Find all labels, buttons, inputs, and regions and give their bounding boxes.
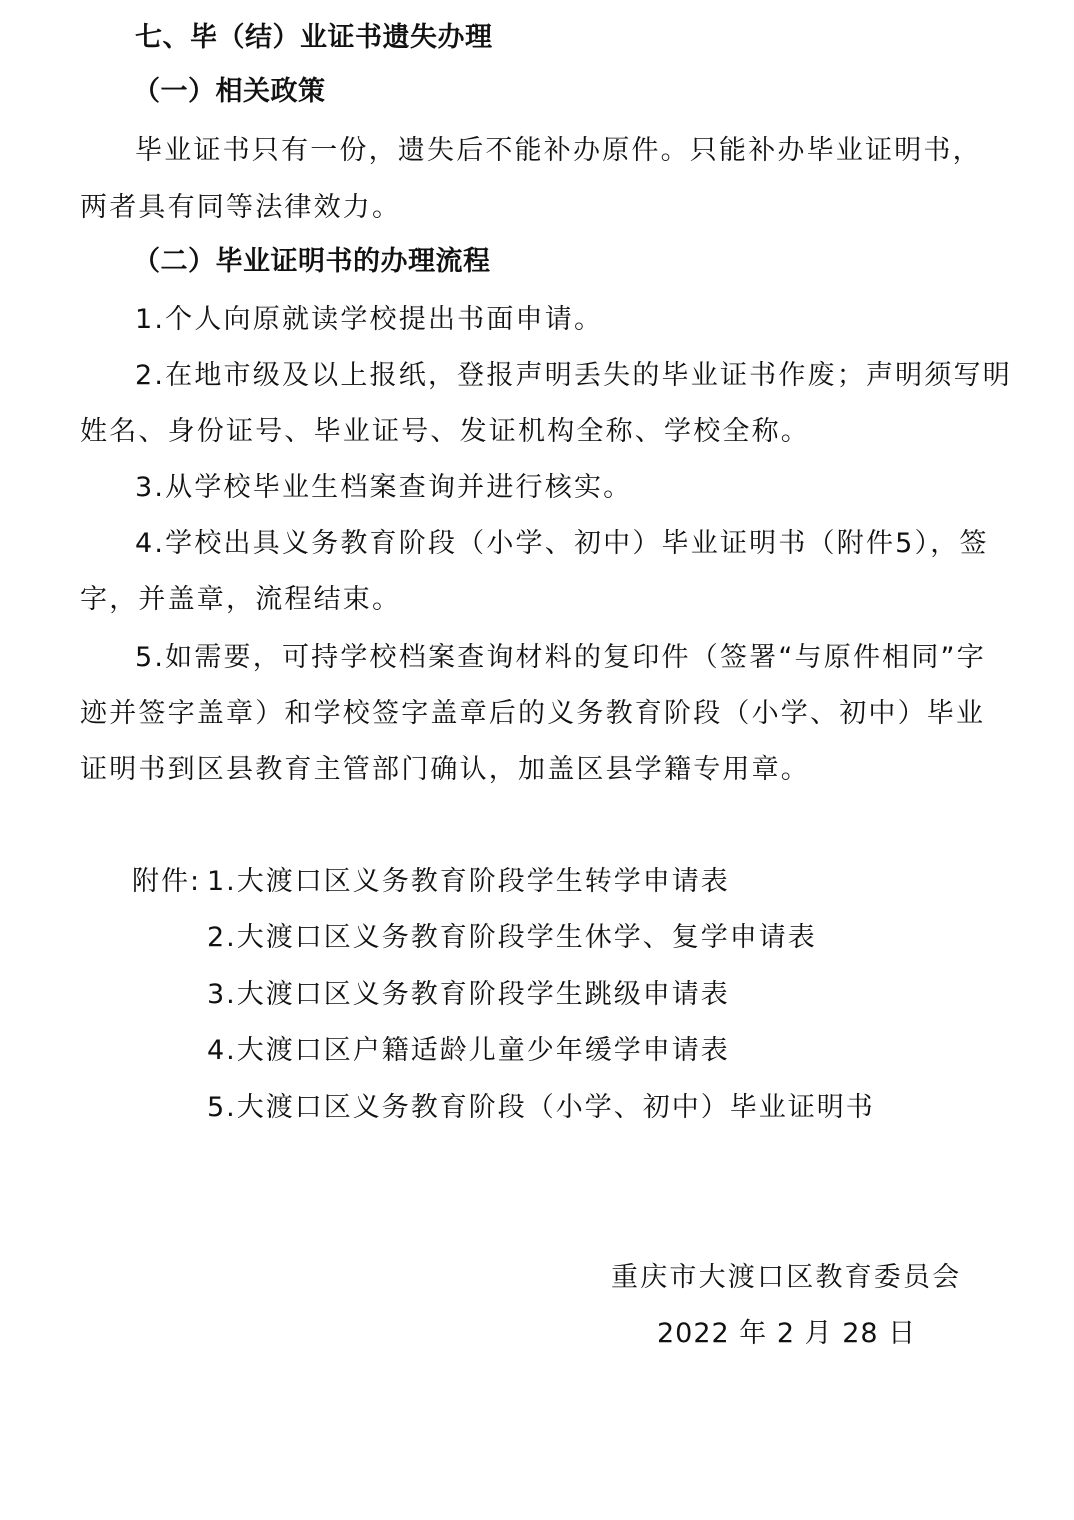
- process-step-5: 5.如需要，可持学校档案查询材料的复印件（签署“与原件相同”字: [135, 640, 986, 676]
- process-step-5-cont: 迹并签字盖章）和学校签字盖章后的义务教育阶段（小学、初中）毕业: [80, 696, 985, 732]
- process-step-2: 2.在地市级及以上报纸，登报声明丢失的毕业证书作废；声明须写明: [135, 358, 1012, 394]
- attachments-label: 附件:: [132, 864, 201, 900]
- process-step-5-cont: 证明书到区县教育主管部门确认，加盖区县学籍专用章。: [80, 752, 810, 788]
- attachment-item: 1.大渡口区义务教育阶段学生转学申请表: [207, 864, 730, 900]
- attachment-item: 2.大渡口区义务教育阶段学生休学、复学申请表: [207, 920, 817, 956]
- section-title: 七、毕（结）业证书遗失办理: [135, 20, 493, 56]
- process-step-4: 4.学校出具义务教育阶段（小学、初中）毕业证明书（附件5），签: [135, 526, 989, 562]
- attachment-item: 5.大渡口区义务教育阶段（小学、初中）毕业证明书: [207, 1090, 875, 1126]
- signature-organization: 重庆市大渡口区教育委员会: [611, 1260, 961, 1296]
- subsection-heading-policy: （一）相关政策: [133, 74, 326, 110]
- subsection-heading-process: （二）毕业证明书的办理流程: [133, 244, 491, 280]
- policy-paragraph-line: 毕业证书只有一份，遗失后不能补办原件。只能补办毕业证明书，: [135, 133, 982, 169]
- policy-paragraph-line: 两者具有同等法律效力。: [80, 190, 401, 226]
- process-step-3: 3.从学校毕业生档案查询并进行核实。: [135, 470, 632, 506]
- attachment-item: 4.大渡口区户籍适龄儿童少年缓学申请表: [207, 1033, 730, 1069]
- signature-date: 2022 年 2 月 28 日: [657, 1316, 916, 1352]
- process-step-1: 1.个人向原就读学校提出书面申请。: [135, 302, 603, 338]
- attachment-item: 3.大渡口区义务教育阶段学生跳级申请表: [207, 977, 730, 1013]
- process-step-4-cont: 字，并盖章，流程结束。: [80, 582, 401, 618]
- process-step-2-cont: 姓名、身份证号、毕业证号、发证机构全称、学校全称。: [80, 414, 810, 450]
